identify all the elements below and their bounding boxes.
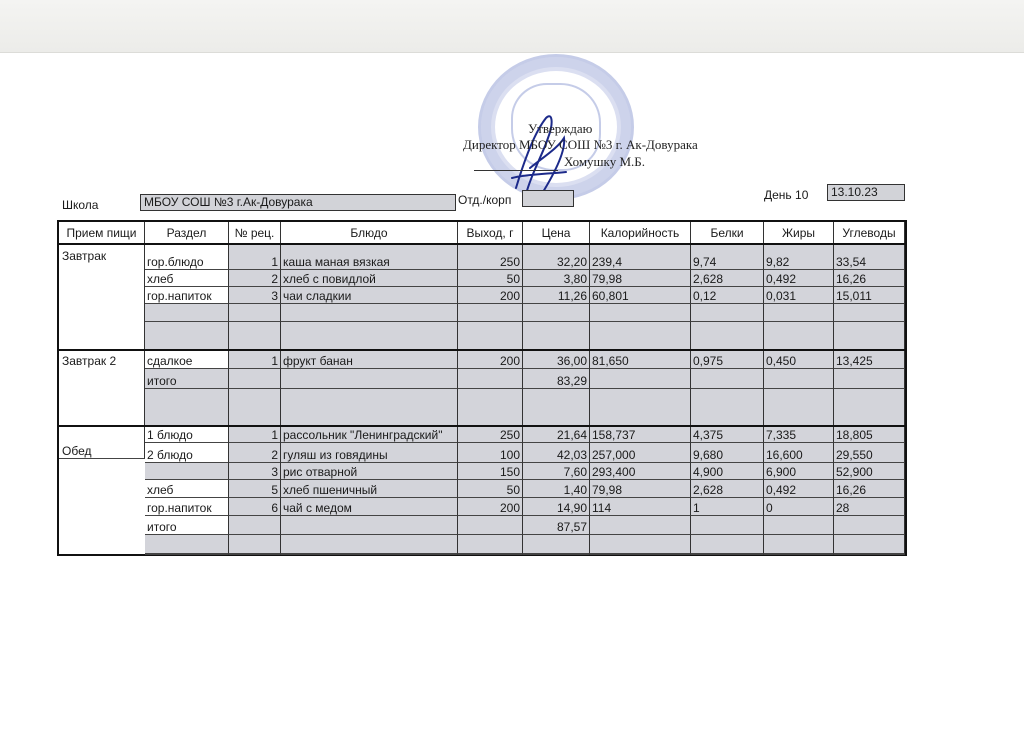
- row-15-recipe-no: [229, 535, 281, 554]
- row-15-yield: [458, 535, 523, 554]
- row-7-carbs: [834, 369, 905, 389]
- row-11-carbs: 52,900: [834, 463, 905, 480]
- row-9-yield: 250: [458, 426, 523, 443]
- row-12-price: 1,40: [523, 480, 590, 498]
- row-3-recipe-no: 3: [229, 287, 281, 304]
- row-4-yield: [458, 304, 523, 322]
- row-5-yield: [458, 322, 523, 350]
- row-5-fat: [764, 322, 834, 350]
- row-16-price: [523, 554, 590, 555]
- row-15-price: [523, 535, 590, 554]
- row-2-protein: 2,628: [691, 270, 764, 287]
- row-9-protein: 4,375: [691, 426, 764, 443]
- row-5-calories: [590, 322, 691, 350]
- approval-name: Хомушку М.Б.: [564, 154, 645, 170]
- column-header-section: Раздел: [145, 222, 229, 244]
- row-9-section: 1 блюдо: [145, 426, 229, 443]
- row-16-calories: [590, 554, 691, 555]
- row-4-calories: [590, 304, 691, 322]
- column-header-yield: Выход, г: [458, 222, 523, 244]
- row-14-recipe-no: [229, 516, 281, 535]
- row-6-yield: 200: [458, 350, 523, 369]
- row-16-recipe-no: [229, 554, 281, 555]
- row-13-section: гор.напиток: [145, 498, 229, 516]
- row-5-protein: [691, 322, 764, 350]
- row-6-calories: 81,650: [590, 350, 691, 369]
- row-14-fat: [764, 516, 834, 535]
- row-14-protein: [691, 516, 764, 535]
- row-8-fat: [764, 389, 834, 426]
- row-6-protein: 0,975: [691, 350, 764, 369]
- row-14-section: итого: [145, 516, 229, 535]
- row-15-carbs: [834, 535, 905, 554]
- row-6-carbs: 13,425: [834, 350, 905, 369]
- row-7-fat: [764, 369, 834, 389]
- row-5-section: [145, 322, 229, 350]
- column-header-price: Цена: [523, 222, 590, 244]
- row-10-price: 42,03: [523, 443, 590, 463]
- date-field[interactable]: 13.10.23: [827, 184, 905, 201]
- row-10-yield: 100: [458, 443, 523, 463]
- row-9-dish: рассольник "Ленинградский": [281, 426, 458, 443]
- column-header-fat: Жиры: [764, 222, 834, 244]
- row-16-section: [145, 554, 229, 555]
- row-12-calories: 79,98: [590, 480, 691, 498]
- row-8-section: [145, 389, 229, 426]
- row-7-price: 83,29: [523, 369, 590, 389]
- row-10-dish: гуляш из говядины: [281, 443, 458, 463]
- row-5-carbs: [834, 322, 905, 350]
- row-2-calories: 79,98: [590, 270, 691, 287]
- row-11-recipe-no: 3: [229, 463, 281, 480]
- row-14-yield: [458, 516, 523, 535]
- approval-title: Утверждаю: [528, 121, 592, 137]
- row-6-recipe-no: 1: [229, 350, 281, 369]
- row-3-price: 11,26: [523, 287, 590, 304]
- approval-position: Директор МБОУ СОШ №3 г. Ак-Довурака: [463, 137, 698, 153]
- row-13-yield: 200: [458, 498, 523, 516]
- dept-field[interactable]: [522, 190, 574, 207]
- group-divider: [59, 425, 905, 427]
- row-7-recipe-no: [229, 369, 281, 389]
- row-8-calories: [590, 389, 691, 426]
- row-2-yield: 50: [458, 270, 523, 287]
- row-11-dish: рис отварной: [281, 463, 458, 480]
- school-label: Школа: [62, 198, 98, 212]
- row-6-section: сдалкое: [145, 350, 229, 369]
- dept-label: Отд./корп: [458, 193, 511, 207]
- row-2-price: 3,80: [523, 270, 590, 287]
- header-divider: [59, 243, 905, 245]
- row-11-yield: 150: [458, 463, 523, 480]
- row-10-section: 2 блюдо: [145, 443, 229, 463]
- row-7-dish: [281, 369, 458, 389]
- row-8-price: [523, 389, 590, 426]
- row-4-section: [145, 304, 229, 322]
- row-1-calories: 239,4: [590, 245, 691, 270]
- row-4-dish: [281, 304, 458, 322]
- row-3-section: гор.напиток: [145, 287, 229, 304]
- row-8-carbs: [834, 389, 905, 426]
- signature-line: [474, 170, 558, 171]
- row-12-fat: 0,492: [764, 480, 834, 498]
- row-13-carbs: 28: [834, 498, 905, 516]
- row-15-calories: [590, 535, 691, 554]
- row-12-yield: 50: [458, 480, 523, 498]
- meal-cell: Завтрак: [59, 245, 145, 350]
- row-1-fat: 9,82: [764, 245, 834, 270]
- row-1-dish: каша маная вязкая: [281, 245, 458, 270]
- row-15-dish: [281, 535, 458, 554]
- scan-margin: [0, 0, 1024, 53]
- row-9-carbs: 18,805: [834, 426, 905, 443]
- row-12-protein: 2,628: [691, 480, 764, 498]
- row-16-carbs: [834, 554, 905, 555]
- row-1-carbs: 33,54: [834, 245, 905, 270]
- row-3-dish: чаи сладкии: [281, 287, 458, 304]
- column-header-carbs: Углеводы: [834, 222, 905, 244]
- group-divider: [59, 349, 905, 351]
- row-3-yield: 200: [458, 287, 523, 304]
- row-1-section: гор.блюдо: [145, 245, 229, 270]
- row-16-yield: [458, 554, 523, 555]
- row-14-price: 87,57: [523, 516, 590, 535]
- row-6-fat: 0,450: [764, 350, 834, 369]
- column-header-calories: Калорийность: [590, 222, 691, 244]
- row-3-protein: 0,12: [691, 287, 764, 304]
- row-10-protein: 9,680: [691, 443, 764, 463]
- director-name: Хомушку М.Б.: [564, 154, 645, 169]
- row-10-carbs: 29,550: [834, 443, 905, 463]
- row-2-section: хлеб: [145, 270, 229, 287]
- row-4-carbs: [834, 304, 905, 322]
- row-15-protein: [691, 535, 764, 554]
- row-16-dish: [281, 554, 458, 555]
- row-6-price: 36,00: [523, 350, 590, 369]
- column-header-protein: Белки: [691, 222, 764, 244]
- row-9-fat: 7,335: [764, 426, 834, 443]
- row-13-dish: чай с медом: [281, 498, 458, 516]
- row-11-price: 7,60: [523, 463, 590, 480]
- row-14-dish: [281, 516, 458, 535]
- row-8-yield: [458, 389, 523, 426]
- meal-cell: Завтрак 2: [59, 350, 145, 426]
- row-12-dish: хлеб пшеничный: [281, 480, 458, 498]
- row-16-protein: [691, 554, 764, 555]
- row-8-recipe-no: [229, 389, 281, 426]
- row-16-fat: [764, 554, 834, 555]
- row-8-dish: [281, 389, 458, 426]
- row-4-price: [523, 304, 590, 322]
- column-header-meal: Прием пищи: [59, 222, 145, 244]
- row-10-calories: 257,000: [590, 443, 691, 463]
- school-field[interactable]: МБОУ СОШ №3 г.Ак-Довурака: [140, 194, 456, 211]
- row-13-calories: 114: [590, 498, 691, 516]
- row-12-carbs: 16,26: [834, 480, 905, 498]
- row-7-protein: [691, 369, 764, 389]
- day-label: День 10: [764, 188, 808, 202]
- row-2-dish: хлеб с повидлой: [281, 270, 458, 287]
- row-8-protein: [691, 389, 764, 426]
- row-1-price: 32,20: [523, 245, 590, 270]
- row-4-fat: [764, 304, 834, 322]
- row-11-protein: 4,900: [691, 463, 764, 480]
- row-7-yield: [458, 369, 523, 389]
- column-header-recipe-no: № рец.: [229, 222, 281, 244]
- row-14-calories: [590, 516, 691, 535]
- row-4-recipe-no: [229, 304, 281, 322]
- row-3-carbs: 15,011: [834, 287, 905, 304]
- row-5-price: [523, 322, 590, 350]
- row-10-recipe-no: 2: [229, 443, 281, 463]
- row-3-calories: 60,801: [590, 287, 691, 304]
- row-1-protein: 9,74: [691, 245, 764, 270]
- row-10-fat: 16,600: [764, 443, 834, 463]
- row-12-section: хлеб: [145, 480, 229, 498]
- row-2-fat: 0,492: [764, 270, 834, 287]
- row-5-dish: [281, 322, 458, 350]
- row-13-price: 14,90: [523, 498, 590, 516]
- row-4-protein: [691, 304, 764, 322]
- row-1-recipe-no: 1: [229, 245, 281, 270]
- row-15-fat: [764, 535, 834, 554]
- row-1-yield: 250: [458, 245, 523, 270]
- row-13-fat: 0: [764, 498, 834, 516]
- meal-cell: Обед: [59, 426, 145, 459]
- row-11-fat: 6,900: [764, 463, 834, 480]
- row-5-recipe-no: [229, 322, 281, 350]
- row-7-calories: [590, 369, 691, 389]
- row-13-protein: 1: [691, 498, 764, 516]
- row-11-calories: 293,400: [590, 463, 691, 480]
- row-6-dish: фрукт банан: [281, 350, 458, 369]
- row-2-carbs: 16,26: [834, 270, 905, 287]
- row-12-recipe-no: 5: [229, 480, 281, 498]
- row-13-recipe-no: 6: [229, 498, 281, 516]
- row-9-price: 21,64: [523, 426, 590, 443]
- row-9-recipe-no: 1: [229, 426, 281, 443]
- menu-table: Прием пищиРаздел№ рец.БлюдоВыход, гЦенаК…: [57, 220, 907, 556]
- row-3-fat: 0,031: [764, 287, 834, 304]
- row-15-section: [145, 535, 229, 554]
- row-2-recipe-no: 2: [229, 270, 281, 287]
- row-11-section: [145, 463, 229, 480]
- row-9-calories: 158,737: [590, 426, 691, 443]
- row-7-section: итого: [145, 369, 229, 389]
- row-14-carbs: [834, 516, 905, 535]
- column-header-dish: Блюдо: [281, 222, 458, 244]
